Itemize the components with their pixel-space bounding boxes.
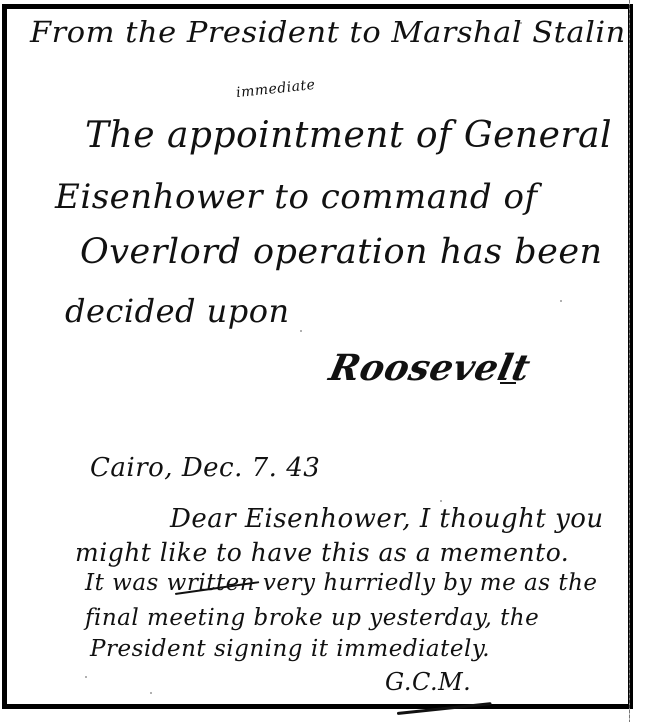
scan-speck bbox=[150, 692, 152, 694]
scan-speck bbox=[300, 330, 302, 332]
scan-artifact-line bbox=[629, 0, 630, 722]
note-line-5: President signing it immediately. bbox=[90, 638, 490, 661]
scan-speck bbox=[440, 500, 442, 502]
signature: Roosevelt bbox=[326, 350, 533, 386]
note-line-3: It was written very hurriedly by me as t… bbox=[85, 572, 598, 595]
dateline: Cairo, Dec. 7. 43 bbox=[90, 455, 320, 481]
letter-heading: From the President to Marshal Stalin bbox=[30, 18, 626, 47]
document-page bbox=[2, 4, 633, 709]
message-line-3: Overlord operation has been bbox=[80, 235, 603, 270]
signature-flourish bbox=[500, 382, 516, 384]
note-line-2: might like to have this as a memento. bbox=[75, 540, 569, 565]
message-line-4: decided upon bbox=[65, 295, 290, 327]
scan-speck bbox=[85, 676, 87, 678]
message-line-1: The appointment of General bbox=[85, 118, 612, 154]
note-line-4: final meeting broke up yesterday, the bbox=[85, 607, 539, 630]
message-line-2: Eisenhower to command of bbox=[55, 180, 538, 214]
scan-speck bbox=[560, 300, 562, 302]
note-line-1: Dear Eisenhower, I thought you bbox=[170, 506, 604, 532]
initials: G.C.M. bbox=[385, 670, 471, 694]
